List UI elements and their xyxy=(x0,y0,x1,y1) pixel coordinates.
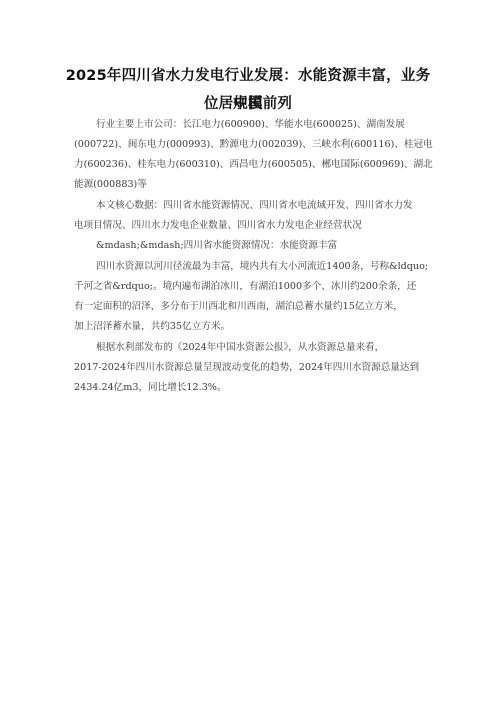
paragraph-water-bulletin-line: 根据水利部发布的《2024年中国水资源公报》，从水资源总量来看， xyxy=(96,338,384,358)
paragraph-listed-companies-line: (000722)、闽东电力(000993)、黔源电力(002039)、三峡水利(… xyxy=(74,135,433,155)
document-title-line-2: 位居中国前列 xyxy=(62,90,434,118)
paragraph-listed-companies-line: 行业主要上市公司：长江电力(600900)、华能水电(600025)、湖南发展 xyxy=(96,115,405,135)
paragraph-core-data-line: 电项目情况、四川水力发电企业数量、四川省水力发电企业经营状况 xyxy=(74,216,362,236)
paragraph-water-resources-line: 四川水资源以河川径流最为丰富，境内共有大小河流近1400条，号称&ldquo; xyxy=(96,257,428,277)
paragraph-water-bulletin-line: 2434.24亿m3，同比增长12.3%。 xyxy=(74,378,227,398)
paragraph-water-bulletin-line: 2017-2024年四川水资源总量呈现波动变化的趋势，2024年四川水资源总量达… xyxy=(74,358,419,378)
paragraph-listed-companies-line: 力(600236)、桂东电力(600310)、西昌电力(600505)、郴电国际… xyxy=(74,155,433,175)
paragraph-water-resources-line: 有一定面积的沼泽，多分布于川西北和川西南，湖泊总蓄水量约15亿立方米， xyxy=(74,297,403,317)
document-page: 2025年四川省水力发电行业发展：水能资源丰富，业务规模 位居中国前列 行业主要… xyxy=(0,0,496,701)
paragraph-water-resources-line: 加上沼泽蓄水量，共约35亿立方米。 xyxy=(74,317,230,337)
section-heading: &mdash;&mdash;四川省水能资源情况：水能资源丰富 xyxy=(96,236,337,256)
paragraph-listed-companies-line: 能源(000883)等 xyxy=(74,175,147,195)
paragraph-water-resources-line: 千河之省&rdquo;。境内遍布湖泊冰川，有湖泊1000多个、冰川约200余条，… xyxy=(74,277,416,297)
paragraph-core-data-line: 本文核心数据：四川省水能资源情况、四川省水电流域开发、四川省水力发 xyxy=(96,196,413,216)
